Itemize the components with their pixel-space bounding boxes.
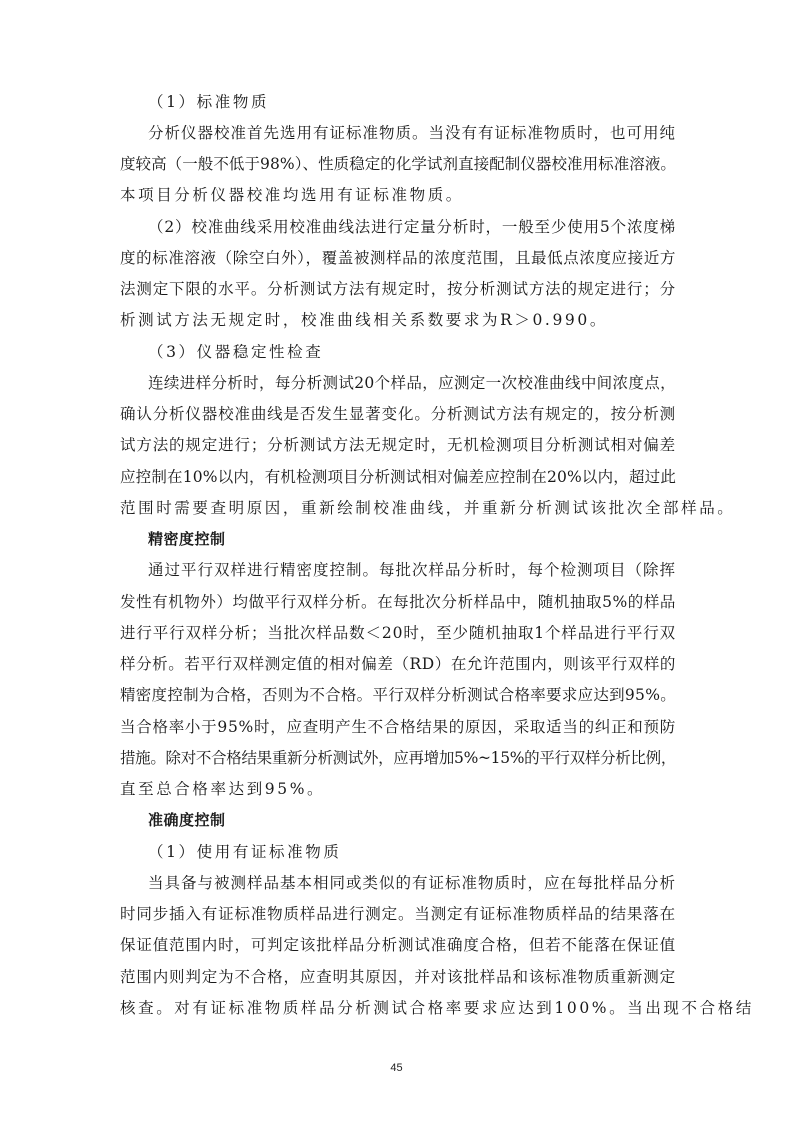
paragraph-line: 法测定下限的水平。分析测试方法有规定时，按分析测试方法的规定进行；分 — [120, 279, 676, 299]
paragraph-line: 应控制在10%以内，有机检测项目分析测试相对偏差应控制在20%以内，超过此 — [120, 467, 676, 487]
paragraph-line: 连续进样分析时，每分析测试20个样品，应测定一次校准曲线中间浓度点， — [148, 373, 676, 393]
paragraph-line: 确认分析仪器校准曲线是否发生显著变化。分析测试方法有规定的，按分析测 — [120, 404, 676, 424]
paragraph-line: 当合格率小于95%时，应查明产生不合格结果的原因，采取适当的纠正和预防 — [120, 717, 676, 737]
paragraph-line: 当具备与被测样品基本相同或类似的有证标准物质时，应在每批样品分析 — [148, 873, 676, 893]
subsection-heading: （1）标准物质 — [148, 92, 269, 112]
paragraph-line: 度的标准溶液（除空白外），覆盖被测样品的浓度范围，且最低点浓度应接近方 — [120, 248, 676, 268]
paragraph-line: 试方法的规定进行；分析测试方法无规定时，无机检测项目分析测试相对偏差 — [120, 435, 676, 455]
paragraph-line: 通过平行双样进行精密度控制。每批次样品分析时，每个检测项目（除挥 — [148, 560, 676, 580]
paragraph-line: 本项目分析仪器校准均选用有证标准物质。 — [120, 185, 464, 205]
paragraph-line: 进行平行双样分析；当批次样品数＜20时，至少随机抽取1个样品进行平行双 — [120, 623, 676, 643]
subsection-heading: （1）使用有证标准物质 — [148, 842, 341, 862]
paragraph-line: 精密度控制为合格，否则为不合格。平行双样分析测试合格率要求应达到95%。 — [120, 685, 676, 705]
paragraph-line: （2）校准曲线采用校准曲线法进行定量分析时，一般至少使用5个浓度梯 — [148, 217, 676, 237]
paragraph-line: 发性有机物外）均做平行双样分析。在每批次分析样品中，随机抽取5%的样品 — [120, 592, 676, 612]
page-number: 45 — [0, 1062, 793, 1074]
section-heading: 精密度控制 — [148, 529, 226, 549]
paragraph-line: 措施。除对不合格结果重新分析测试外，应再增加5%~15%的平行双样分析比例， — [120, 748, 676, 768]
paragraph-line: 核查。对有证标准物质样品分析测试合格率要求应达到100%。当出现不合格结 — [120, 998, 754, 1018]
paragraph-line: 范围时需要查明原因，重新绘制校准曲线，并重新分析测试该批次全部样品。 — [120, 498, 735, 518]
paragraph-line: 分析仪器校准首先选用有证标准物质。当没有有证标准物质时，也可用纯 — [148, 123, 676, 143]
paragraph-line: 度较高（一般不低于98%）、性质稳定的化学试剂直接配制仪器校准用标准溶液。 — [120, 154, 676, 174]
paragraph-line: 时同步插入有证标准物质样品进行测定。当测定有证标准物质样品的结果落在 — [120, 904, 676, 924]
subsection-heading: （3）仪器稳定性检查 — [148, 342, 323, 362]
paragraph-line: 析测试方法无规定时，校准曲线相关系数要求为R＞0.990。 — [120, 310, 608, 330]
section-heading: 准确度控制 — [148, 810, 226, 830]
paragraph-line: 直至总合格率达到95%。 — [120, 779, 325, 799]
paragraph-line: 保证值范围内时，可判定该批样品分析测试准确度合格，但若不能落在保证值 — [120, 935, 676, 955]
paragraph-line: 范围内则判定为不合格，应查明其原因，并对该批样品和该标准物质重新测定 — [120, 967, 676, 987]
paragraph-line: 样分析。若平行双样测定值的相对偏差（RD）在允许范围内，则该平行双样的 — [120, 654, 676, 674]
